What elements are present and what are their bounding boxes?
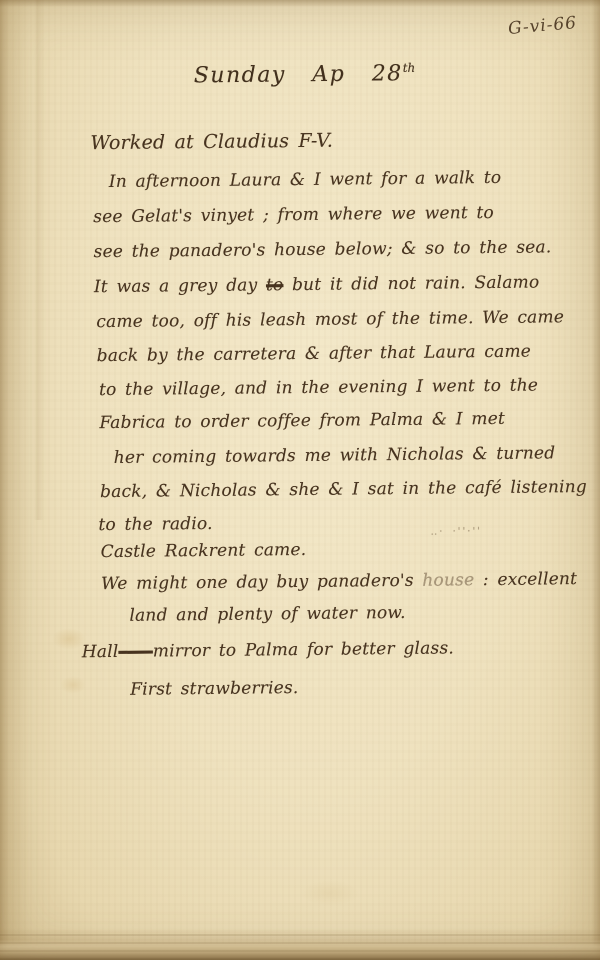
crossed-out-word: ——	[118, 642, 153, 662]
diary-line-segment: We might one day buy panadero's	[101, 571, 422, 594]
diary-line: In afternoon Laura & I went for a walk t…	[109, 168, 502, 192]
diary-line-segment: : excellent	[474, 569, 577, 590]
diary-line: land and plenty of water now.	[129, 603, 406, 626]
diary-line: back by the carretera & after that Laura…	[97, 342, 532, 367]
entry-date-text: Sunday Ap 28	[194, 61, 403, 88]
entry-date-heading: Sunday Ap 28th	[194, 61, 416, 89]
manuscript-text: Sunday Ap 28th Worked at Claudius F-V. I…	[0, 0, 600, 960]
diary-line-segment: mirror to Palma for better glass.	[153, 638, 454, 661]
diary-line: see Gelat's vinyet ; from where we went …	[93, 203, 494, 227]
diary-line: We might one day buy panadero's house : …	[101, 569, 577, 594]
pencil-scribble: ‥· ·''·''	[430, 526, 482, 538]
pencil-word: house	[422, 570, 474, 591]
diary-line: Hall——mirror to Palma for better glass.	[82, 638, 454, 662]
diary-line-segment: It was a grey day	[94, 275, 266, 297]
diary-line: Castle Rackrent came.	[101, 540, 307, 562]
diary-line: It was a grey day to but it did not rain…	[94, 272, 540, 297]
date-ordinal-superscript: th	[403, 61, 416, 75]
diary-line-segment: but it did not rain. Salamo	[283, 272, 539, 295]
diary-line: to the village, and in the evening I wen…	[99, 376, 538, 401]
crossed-out-word: to	[266, 275, 284, 295]
diary-line-segment: Hall	[82, 642, 119, 662]
diary-line: Worked at Claudius F-V.	[90, 130, 333, 155]
diary-line: back, & Nicholas & she & I sat in the ca…	[100, 477, 587, 502]
diary-line: her coming towards me with Nicholas & tu…	[114, 443, 556, 468]
diary-line: came too, off his leash most of the time…	[96, 307, 564, 332]
diary-line: Fabrica to order coffee from Palma & I m…	[99, 409, 505, 433]
diary-line: First strawberries.	[130, 678, 299, 700]
diary-page-scan: G-vi-66 Sunday Ap 28th Worked at Claudiu…	[0, 0, 600, 960]
diary-line: see the panadero's house below; & so to …	[93, 237, 551, 262]
diary-line: to the radio.	[98, 514, 212, 535]
